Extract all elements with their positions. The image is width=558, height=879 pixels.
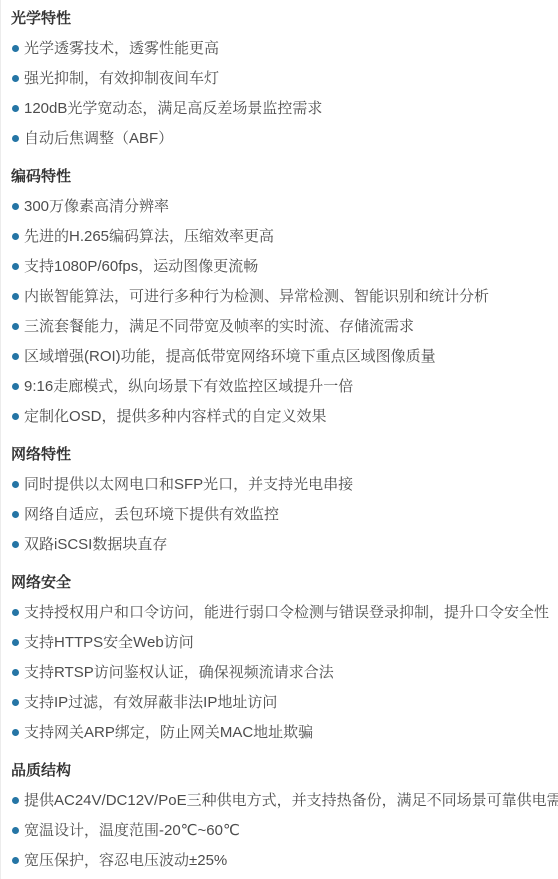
bullet-item: 三流套餐能力，满足不同带宽及帧率的实时流、存储流需求 <box>11 317 554 337</box>
bullet-item-text: 三流套餐能力，满足不同带宽及帧率的实时流、存储流需求 <box>24 317 414 337</box>
bullet-list: 同时提供以太网电口和SFP光口，并支持光电串接 网络自适应，丢包环境下提供有效监… <box>11 475 554 555</box>
bullet-item: 同时提供以太网电口和SFP光口，并支持光电串接 <box>11 475 554 495</box>
bullet-item-text: 支持IP过滤，有效屏蔽非法IP地址访问 <box>24 693 277 713</box>
bullet-item-text: 提供AC24V/DC12V/PoE三种供电方式，并支持热备份，满足不同场景可靠供… <box>24 791 558 811</box>
bullet-item: 支持1080P/60fps，运动图像更流畅 <box>11 257 554 277</box>
bullet-item: 网络自适应，丢包环境下提供有效监控 <box>11 505 554 525</box>
bullet-dot-icon <box>12 383 19 390</box>
bullet-item: 9:16走廊模式，纵向场景下有效监控区域提升一倍 <box>11 377 554 397</box>
bullet-dot-icon <box>12 541 19 548</box>
bullet-item-text: 支持1080P/60fps，运动图像更流畅 <box>24 257 258 277</box>
bullet-item: 120dB光学宽动态，满足高反差场景监控需求 <box>11 99 554 119</box>
bullet-list: 支持授权用户和口令访问，能进行弱口令检测与错误登录抑制，提升口令安全性 支持HT… <box>11 603 554 743</box>
bullet-dot-icon <box>12 45 19 52</box>
section-title: 光学特性 <box>11 9 554 29</box>
bullet-item-text: 9:16走廊模式，纵向场景下有效监控区域提升一倍 <box>24 377 353 397</box>
bullet-list: 光学透雾技术，透雾性能更高 强光抑制，有效抑制夜间车灯 120dB光学宽动态，满… <box>11 39 554 149</box>
bullet-list: 300万像素高清分辨率 先进的H.265编码算法，压缩效率更高 支持1080P/… <box>11 197 554 427</box>
bullet-item: 提供AC24V/DC12V/PoE三种供电方式，并支持热备份，满足不同场景可靠供… <box>11 791 554 811</box>
bullet-item-text: 支持RTSP访问鉴权认证，确保视频流请求合法 <box>24 663 334 683</box>
bullet-dot-icon <box>12 233 19 240</box>
bullet-dot-icon <box>12 699 19 706</box>
bullet-item: 宽温设计，温度范围-20℃~60℃ <box>11 821 554 841</box>
bullet-item: 支持RTSP访问鉴权认证，确保视频流请求合法 <box>11 663 554 683</box>
bullet-item-text: 宽压保护，容忍电压波动±25% <box>24 851 227 871</box>
feature-section: 编码特性 300万像素高清分辨率 先进的H.265编码算法，压缩效率更高 支持1… <box>11 167 554 427</box>
bullet-dot-icon <box>12 135 19 142</box>
bullet-dot-icon <box>12 857 19 864</box>
section-title: 品质结构 <box>11 761 554 781</box>
bullet-item: 内嵌智能算法，可进行多种行为检测、异常检测、智能识别和统计分析 <box>11 287 554 307</box>
bullet-item-text: 强光抑制，有效抑制夜间车灯 <box>24 69 219 89</box>
bullet-dot-icon <box>12 353 19 360</box>
bullet-dot-icon <box>12 797 19 804</box>
bullet-dot-icon <box>12 293 19 300</box>
section-title: 网络安全 <box>11 573 554 593</box>
bullet-item-text: 内嵌智能算法，可进行多种行为检测、异常检测、智能识别和统计分析 <box>24 287 489 307</box>
bullet-dot-icon <box>12 729 19 736</box>
bullet-item-text: 支持HTTPS安全Web访问 <box>24 633 194 653</box>
bullet-item: 先进的H.265编码算法，压缩效率更高 <box>11 227 554 247</box>
bullet-dot-icon <box>12 263 19 270</box>
bullet-list: 提供AC24V/DC12V/PoE三种供电方式，并支持热备份，满足不同场景可靠供… <box>11 791 554 871</box>
bullet-dot-icon <box>12 827 19 834</box>
bullet-item-text: 120dB光学宽动态，满足高反差场景监控需求 <box>24 99 322 119</box>
bullet-item: 支持授权用户和口令访问，能进行弱口令检测与错误登录抑制，提升口令安全性 <box>11 603 554 623</box>
bullet-item-text: 300万像素高清分辨率 <box>24 197 169 217</box>
feature-section: 网络特性 同时提供以太网电口和SFP光口，并支持光电串接 网络自适应，丢包环境下… <box>11 445 554 555</box>
bullet-dot-icon <box>12 75 19 82</box>
feature-section: 品质结构 提供AC24V/DC12V/PoE三种供电方式，并支持热备份，满足不同… <box>11 761 554 871</box>
bullet-item-text: 自动后焦调整（ABF） <box>24 129 173 149</box>
bullet-dot-icon <box>12 481 19 488</box>
bullet-item-text: 宽温设计，温度范围-20℃~60℃ <box>24 821 240 841</box>
section-title: 编码特性 <box>11 167 554 187</box>
bullet-dot-icon <box>12 203 19 210</box>
feature-section: 网络安全 支持授权用户和口令访问，能进行弱口令检测与错误登录抑制，提升口令安全性… <box>11 573 554 743</box>
bullet-item-text: 定制化OSD，提供多种内容样式的自定义效果 <box>24 407 327 427</box>
bullet-item-text: 支持授权用户和口令访问，能进行弱口令检测与错误登录抑制，提升口令安全性 <box>24 603 549 623</box>
bullet-dot-icon <box>12 511 19 518</box>
bullet-dot-icon <box>12 669 19 676</box>
bullet-item-text: 双路iSCSI数据块直存 <box>24 535 167 555</box>
bullet-item: 强光抑制，有效抑制夜间车灯 <box>11 69 554 89</box>
bullet-item: 宽压保护，容忍电压波动±25% <box>11 851 554 871</box>
feature-spec-page: 光学特性 光学透雾技术，透雾性能更高 强光抑制，有效抑制夜间车灯 120dB光学… <box>1 0 558 879</box>
bullet-item: 自动后焦调整（ABF） <box>11 129 554 149</box>
bullet-item-text: 同时提供以太网电口和SFP光口，并支持光电串接 <box>24 475 353 495</box>
section-title: 网络特性 <box>11 445 554 465</box>
bullet-dot-icon <box>12 639 19 646</box>
bullet-item-text: 网络自适应，丢包环境下提供有效监控 <box>24 505 279 525</box>
bullet-item: 支持HTTPS安全Web访问 <box>11 633 554 653</box>
bullet-item-text: 支持网关ARP绑定，防止网关MAC地址欺骗 <box>24 723 313 743</box>
bullet-dot-icon <box>12 413 19 420</box>
bullet-item: 光学透雾技术，透雾性能更高 <box>11 39 554 59</box>
bullet-item: 300万像素高清分辨率 <box>11 197 554 217</box>
bullet-dot-icon <box>12 105 19 112</box>
bullet-item: 支持网关ARP绑定，防止网关MAC地址欺骗 <box>11 723 554 743</box>
bullet-item: 支持IP过滤，有效屏蔽非法IP地址访问 <box>11 693 554 713</box>
feature-section: 光学特性 光学透雾技术，透雾性能更高 强光抑制，有效抑制夜间车灯 120dB光学… <box>11 9 554 149</box>
bullet-item-text: 先进的H.265编码算法，压缩效率更高 <box>24 227 274 247</box>
bullet-item: 双路iSCSI数据块直存 <box>11 535 554 555</box>
bullet-item-text: 区域增强(ROI)功能，提高低带宽网络环境下重点区域图像质量 <box>24 347 436 367</box>
bullet-item-text: 光学透雾技术，透雾性能更高 <box>24 39 219 59</box>
bullet-dot-icon <box>12 323 19 330</box>
bullet-item: 定制化OSD，提供多种内容样式的自定义效果 <box>11 407 554 427</box>
bullet-dot-icon <box>12 609 19 616</box>
bullet-item: 区域增强(ROI)功能，提高低带宽网络环境下重点区域图像质量 <box>11 347 554 367</box>
